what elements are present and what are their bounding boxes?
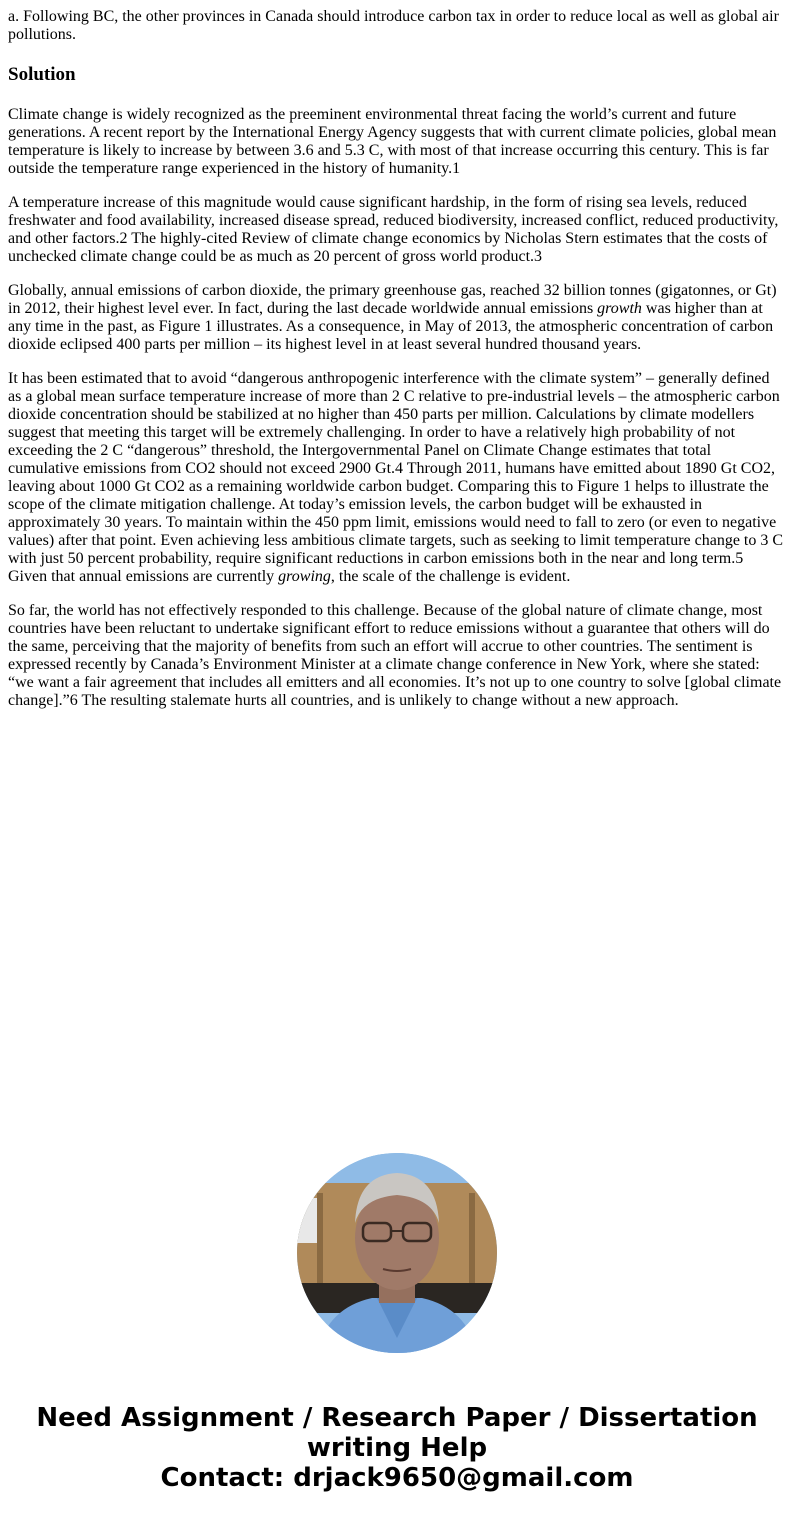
paragraph-3-emphasis: growth bbox=[597, 300, 642, 317]
promo-contact: Contact: drjack9650@gmail.com bbox=[0, 1463, 794, 1493]
paragraph-4-part-2: , the scale of the challenge is evident. bbox=[331, 568, 570, 585]
solution-heading: Solution bbox=[8, 64, 786, 86]
paragraph-2: A temperature increase of this magnitude… bbox=[8, 194, 786, 266]
paragraph-3: Globally, annual emissions of carbon dio… bbox=[8, 282, 786, 354]
document-body: a. Following BC, the other provinces in … bbox=[8, 8, 786, 726]
paragraph-4: It has been estimated that to avoid “dan… bbox=[8, 370, 786, 586]
author-avatar bbox=[297, 1153, 497, 1353]
person-portrait-icon bbox=[297, 1153, 497, 1353]
promo-banner: Need Assignment / Research Paper / Disse… bbox=[0, 1403, 794, 1493]
promo-line-1: Need Assignment / Research Paper / Disse… bbox=[0, 1403, 794, 1433]
paragraph-4-part-1: It has been estimated that to avoid “dan… bbox=[8, 370, 783, 585]
paragraph-1: Climate change is widely recognized as t… bbox=[8, 106, 786, 178]
paragraph-5: So far, the world has not effectively re… bbox=[8, 602, 786, 710]
promo-line-2: writing Help bbox=[0, 1433, 794, 1463]
paragraph-4-emphasis: growing bbox=[278, 568, 331, 585]
question-text: a. Following BC, the other provinces in … bbox=[8, 8, 786, 44]
